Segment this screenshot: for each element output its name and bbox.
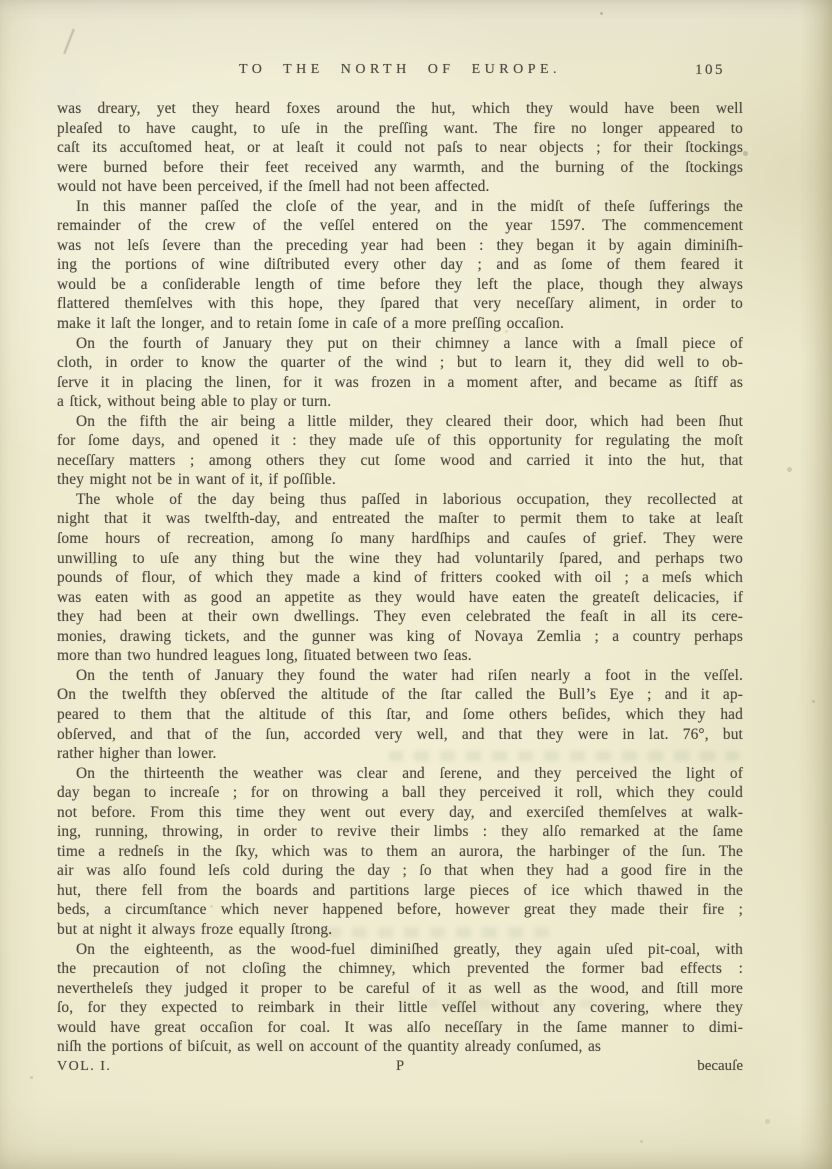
text-line: ſo, for they expected to reimbark in the… bbox=[57, 998, 743, 1018]
text-line: ing, running, throwing, in order to revi… bbox=[57, 822, 743, 842]
text-line: unwilling to uſe any thing but the wine … bbox=[57, 549, 743, 569]
text-line: On the fourth of January they put on the… bbox=[57, 334, 743, 354]
text-line: beds, a circumſtance which never happene… bbox=[57, 900, 743, 920]
text-line: flattered themſelves with this hope, the… bbox=[57, 294, 743, 314]
page-footer: VOL. I. P becauſe bbox=[57, 1058, 743, 1075]
running-title: TO THE NORTH OF EUROPE. bbox=[239, 62, 561, 77]
text-line: was eaten with as good an appetite as th… bbox=[57, 588, 743, 608]
text-line: but at night it always froze equally ſtr… bbox=[57, 920, 743, 940]
text-line: On the fifth the air being a little mild… bbox=[57, 412, 743, 432]
text-line: were burned before their feet received a… bbox=[57, 158, 743, 178]
running-header: TO THE NORTH OF EUROPE. 105 bbox=[57, 62, 743, 82]
text-line: nevertheleſs they judged it proper to be… bbox=[57, 979, 743, 999]
text-line: The whole of the day being thus paſſed i… bbox=[57, 490, 743, 510]
text-line: obſerved, and that of the ſun, accorded … bbox=[57, 725, 743, 745]
text-line: the precaution of not cloſing the chimne… bbox=[57, 959, 743, 979]
text-line: niſh the portions of biſcuit, as well on… bbox=[57, 1037, 743, 1057]
text-line: was dreary, yet they heard foxes around … bbox=[57, 99, 743, 119]
text-line: hut, there fell from the boards and part… bbox=[57, 881, 743, 901]
text-line: would have great occaſion for coal. It w… bbox=[57, 1018, 743, 1038]
text-line: not before. From this time they went out… bbox=[57, 803, 743, 823]
page-number: 105 bbox=[695, 62, 725, 79]
text-line: ſerve it in placing the linen, for it wa… bbox=[57, 373, 743, 393]
text-line: a ſtick, without being able to play or t… bbox=[57, 392, 743, 412]
text-line: was not leſs ſevere than the preceding y… bbox=[57, 236, 743, 256]
body-text: was dreary, yet they heard foxes around … bbox=[57, 99, 743, 1057]
text-line: more than two hundred leagues long, ſitu… bbox=[57, 646, 743, 666]
signature-mark: P bbox=[396, 1058, 404, 1075]
text-line: neceſſary matters ; among others they cu… bbox=[57, 451, 743, 471]
text-line: day began to increaſe ; for on throwing … bbox=[57, 783, 743, 803]
scratch-mark bbox=[63, 29, 75, 55]
text-line: pounds of flour, of which they made a ki… bbox=[57, 568, 743, 588]
text-line: would be a conſiderable length of time b… bbox=[57, 275, 743, 295]
text-line: On the thirteenth the weather was clear … bbox=[57, 764, 743, 784]
text-line: they might not be in want of it, if poſſ… bbox=[57, 470, 743, 490]
text-line: On the eighteenth, as the wood-fuel dimi… bbox=[57, 940, 743, 960]
text-line: night that it was twelfth-day, and entre… bbox=[57, 509, 743, 529]
text-line: remainder of the crew of the veſſel ente… bbox=[57, 216, 743, 236]
volume-label: VOL. I. bbox=[57, 1059, 111, 1075]
text-line: In this manner paſſed the cloſe of the y… bbox=[57, 197, 743, 217]
text-line: monies, drawing tickets, and the gunner … bbox=[57, 627, 743, 647]
text-line: ſome hours of recreation, among ſo many … bbox=[57, 529, 743, 549]
text-line: for ſome days, and opened it : they made… bbox=[57, 431, 743, 451]
text-line: they had been at their own dwellings. Th… bbox=[57, 607, 743, 627]
text-line: make it laſt the longer, and to retain ſ… bbox=[57, 314, 743, 334]
text-line: air was alſo found leſs cold during the … bbox=[57, 861, 743, 881]
text-line: cloth, in order to know the quarter of t… bbox=[57, 353, 743, 373]
ink-specks bbox=[0, 0, 3, 3]
text-line: would not have been perceived, if the ſm… bbox=[57, 177, 743, 197]
text-line: peared to them that the altitude of this… bbox=[57, 705, 743, 725]
text-line: pleaſed to have caught, to uſe in the pr… bbox=[57, 119, 743, 139]
text-line: On the twelfth they obſerved the altitud… bbox=[57, 685, 743, 705]
catchword: becauſe bbox=[697, 1058, 743, 1075]
text-line: rather higher than lower. bbox=[57, 744, 743, 764]
text-line: time a redneſs in the ſky, which was to … bbox=[57, 842, 743, 862]
page: TO THE NORTH OF EUROPE. 105 was dreary, … bbox=[0, 0, 832, 1169]
text-line: ing the portions of wine diſtributed eve… bbox=[57, 255, 743, 275]
text-line: caſt its accuſtomed heat, or at leaſt it… bbox=[57, 138, 743, 158]
text-line: On the tenth of January they found the w… bbox=[57, 666, 743, 686]
